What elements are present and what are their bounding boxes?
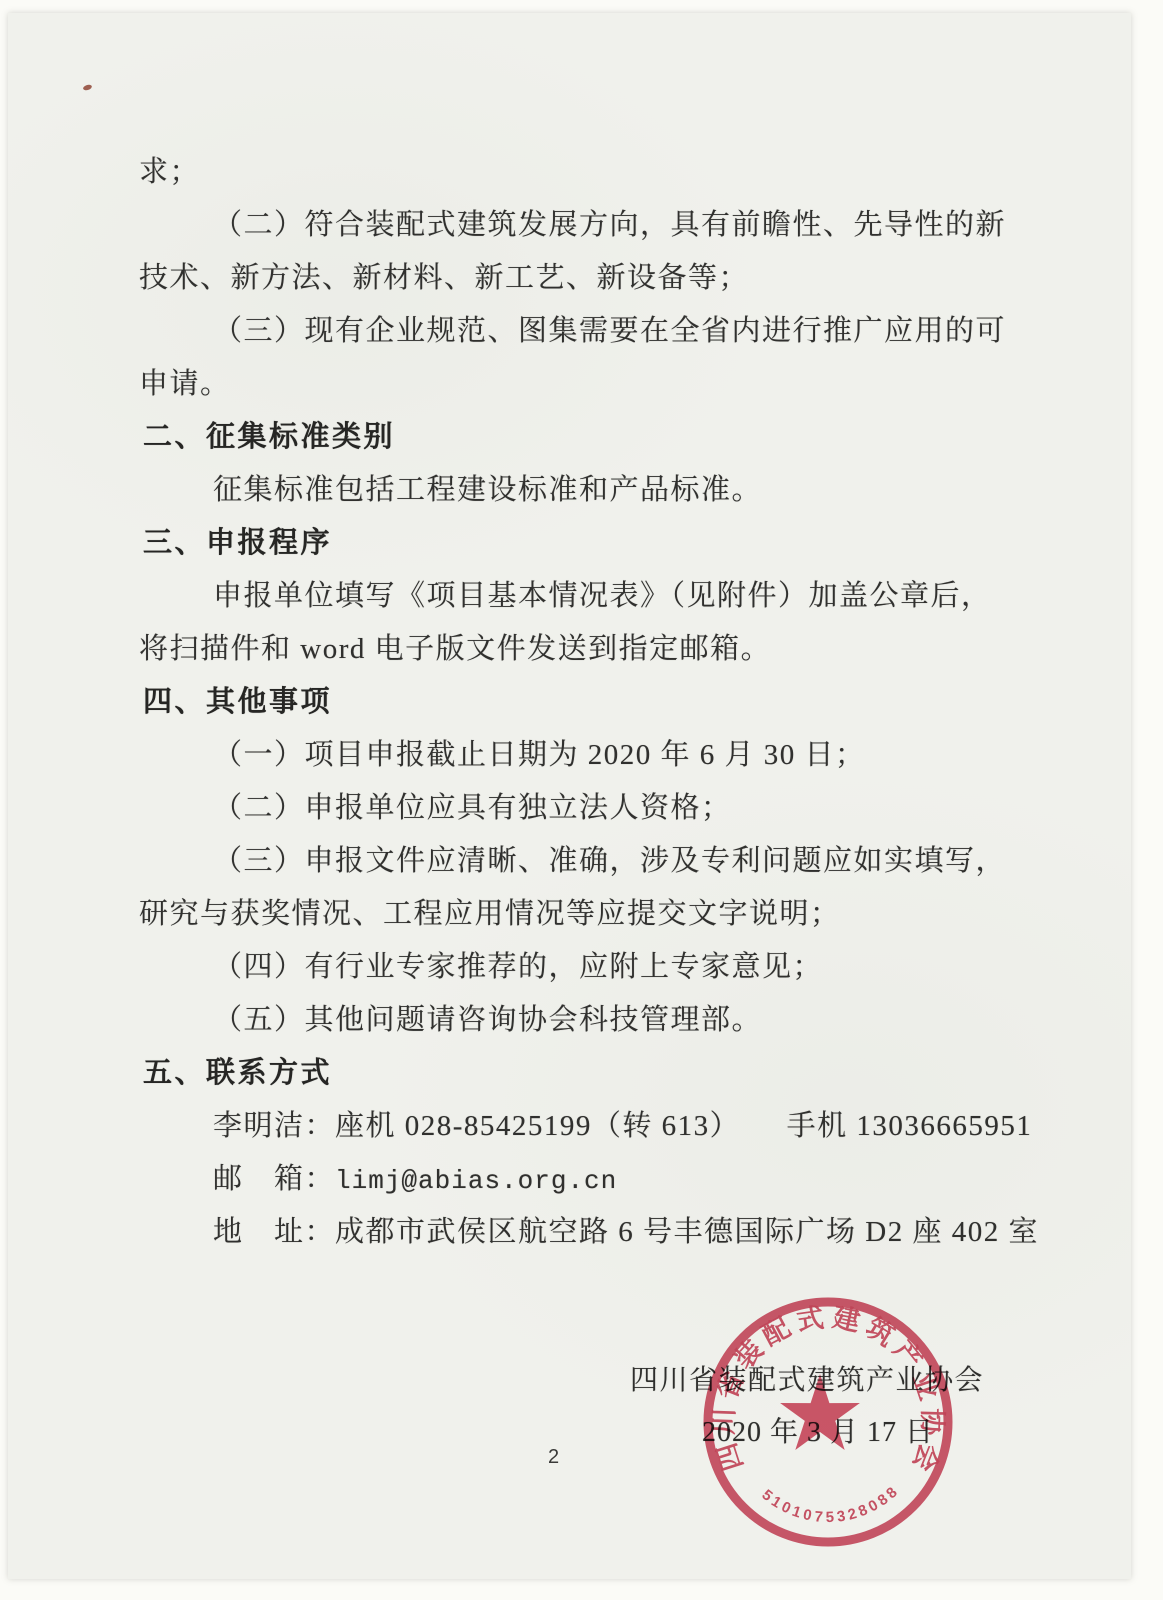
official-seal-stamp: 四川省装配式建筑产业协会 5101075328088 [693, 1287, 963, 1557]
svg-text:四川省装配式建筑产业协会: 四川省装配式建筑产业协会 [708, 1302, 947, 1481]
section-heading: 二、征集标准类别 [131, 411, 1061, 464]
seal-arc-text: 四川省装配式建筑产业协会 [708, 1302, 947, 1481]
contact-phone-line: 李明洁：座机 028-85425199（转 613） 手机 1303666595… [131, 1100, 1061, 1153]
scanned-page: 求； （二）符合装配式建筑发展方向，具有前瞻性、先导性的新 技术、新方法、新材料… [0, 0, 1163, 1600]
email-address: limj@abias.org.cn [335, 1166, 617, 1196]
email-label: 邮 箱： [213, 1163, 335, 1195]
contact-email-line: 邮 箱：limj@abias.org.cn [131, 1153, 1061, 1206]
doc-line: （二）申报单位应具有独立法人资格； [131, 782, 1061, 835]
doc-line: （三）申报文件应清晰、准确，涉及专利问题应如实填写， [131, 835, 1061, 888]
doc-line: 征集标准包括工程建设标准和产品标准。 [131, 464, 1061, 517]
section-heading: 五、联系方式 [131, 1047, 1061, 1100]
document-body: 求； （二）符合装配式建筑发展方向，具有前瞻性、先导性的新 技术、新方法、新材料… [131, 146, 1061, 1259]
section-heading: 三、申报程序 [131, 517, 1061, 570]
contact-address-line: 地 址：成都市武侯区航空路 6 号丰德国际广场 D2 座 402 室 [131, 1206, 1061, 1259]
page-number: 2 [548, 1446, 559, 1469]
doc-line: （四）有行业专家推荐的，应附上专家意见； [131, 941, 1061, 994]
doc-line: （三）现有企业规范、图集需要在全省内进行推广应用的可 [131, 305, 1061, 358]
seal-number-text: 5101075328088 [759, 1482, 904, 1527]
seal-star-icon [780, 1374, 860, 1450]
doc-line: 技术、新方法、新材料、新工艺、新设备等； [131, 252, 1061, 305]
svg-text:5101075328088: 5101075328088 [759, 1482, 904, 1527]
doc-line: （五）其他问题请咨询协会科技管理部。 [131, 994, 1061, 1047]
paper-sheet: 求； （二）符合装配式建筑发展方向，具有前瞻性、先导性的新 技术、新方法、新材料… [8, 13, 1131, 1579]
doc-line: 求； [131, 146, 1061, 199]
doc-line: 研究与获奖情况、工程应用情况等应提交文字说明； [131, 888, 1061, 941]
doc-line: （一）项目申报截止日期为 2020 年 6 月 30 日； [131, 729, 1061, 782]
doc-line: 将扫描件和 word 电子版文件发送到指定邮箱。 [131, 623, 1061, 676]
ink-speck [82, 84, 92, 92]
doc-line: 申请。 [131, 358, 1061, 411]
section-heading: 四、其他事项 [131, 676, 1061, 729]
doc-line: 申报单位填写《项目基本情况表》（见附件）加盖公章后， [131, 570, 1061, 623]
doc-line: （二）符合装配式建筑发展方向，具有前瞻性、先导性的新 [131, 199, 1061, 252]
